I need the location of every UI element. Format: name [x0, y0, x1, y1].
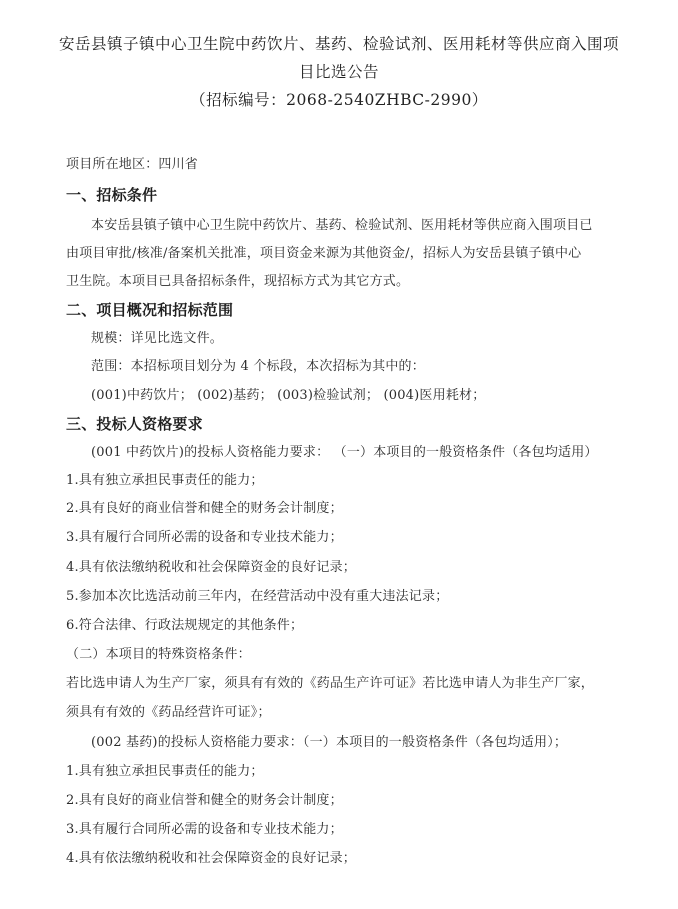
- document-title-line-1: 安岳县镇子镇中心卫生院中药饮片、基药、检验试剂、医用耗材等供应商入围项: [0, 34, 678, 54]
- list-item: 2.具有良好的商业信誉和健全的财务会计制度；: [66, 501, 343, 517]
- lot-list: (001)中药饮片； (002)基药； (003)检验试剂； (004)医用耗材…: [91, 388, 485, 404]
- list-item: 3.具有履行合同所必需的设备和专业技术能力；: [66, 530, 343, 546]
- project-region: 项目所在地区：四川省: [66, 157, 198, 173]
- list-item: 4.具有依法缴纳税收和社会保障资金的良好记录；: [66, 851, 356, 867]
- tender-number: （招标编号：2068-2540ZHBC-2990）: [0, 90, 678, 110]
- section-heading-project-overview: 二、项目概况和招标范围: [66, 301, 233, 319]
- list-item: 4.具有依法缴纳税收和社会保障资金的良好记录；: [66, 560, 356, 576]
- list-item: 1.具有独立承担民事责任的能力；: [66, 473, 264, 489]
- document-page: 安岳县镇子镇中心卫生院中药饮片、基药、检验试剂、医用耗材等供应商入围项 目比选公…: [0, 0, 678, 909]
- list-item: 2.具有良好的商业信誉和健全的财务会计制度；: [66, 793, 343, 809]
- document-title-line-2: 目比选公告: [0, 62, 678, 82]
- paragraph: (001 中药饮片)的投标人资格能力要求： （一）本项目的一般资格条件（各包均适…: [91, 445, 598, 461]
- section-heading-bidding-conditions: 一、招标条件: [66, 186, 157, 204]
- list-item: 1.具有独立承担民事责任的能力；: [66, 764, 264, 780]
- paragraph: 由项目审批/核准/备案机关批准，项目资金来源为其他资金/，招标人为安岳县镇子镇中…: [66, 246, 581, 262]
- paragraph: (002 基药)的投标人资格能力要求：（一）本项目的一般资格条件（各包均适用）；: [91, 735, 567, 751]
- paragraph: 若比选申请人为生产厂家，须具有有效的《药品生产许可证》若比选申请人为非生产厂家，: [66, 676, 594, 692]
- list-item: 6.符合法律、行政法规规定的其他条件；: [66, 618, 303, 634]
- paragraph: 本安岳县镇子镇中心卫生院中药饮片、基药、检验试剂、医用耗材等供应商入围项目已: [91, 218, 593, 234]
- paragraph: 规模：详见比选文件。: [91, 331, 223, 347]
- list-item: 3.具有履行合同所必需的设备和专业技术能力；: [66, 822, 343, 838]
- paragraph: 范围：本招标项目划分为 4 个标段，本次招标为其中的：: [91, 359, 425, 375]
- list-item: 5.参加本次比选活动前三年内，在经营活动中没有重大违法记录；: [66, 589, 448, 605]
- section-heading-bidder-qualifications: 三、投标人资格要求: [66, 415, 203, 433]
- subheading-special-qualifications: （二）本项目的特殊资格条件：: [66, 647, 251, 663]
- paragraph: 须具有有效的《药品经营许可证》；: [66, 705, 271, 721]
- paragraph: 卫生院。本项目已具备招标条件，现招标方式为其它方式。: [66, 274, 409, 290]
